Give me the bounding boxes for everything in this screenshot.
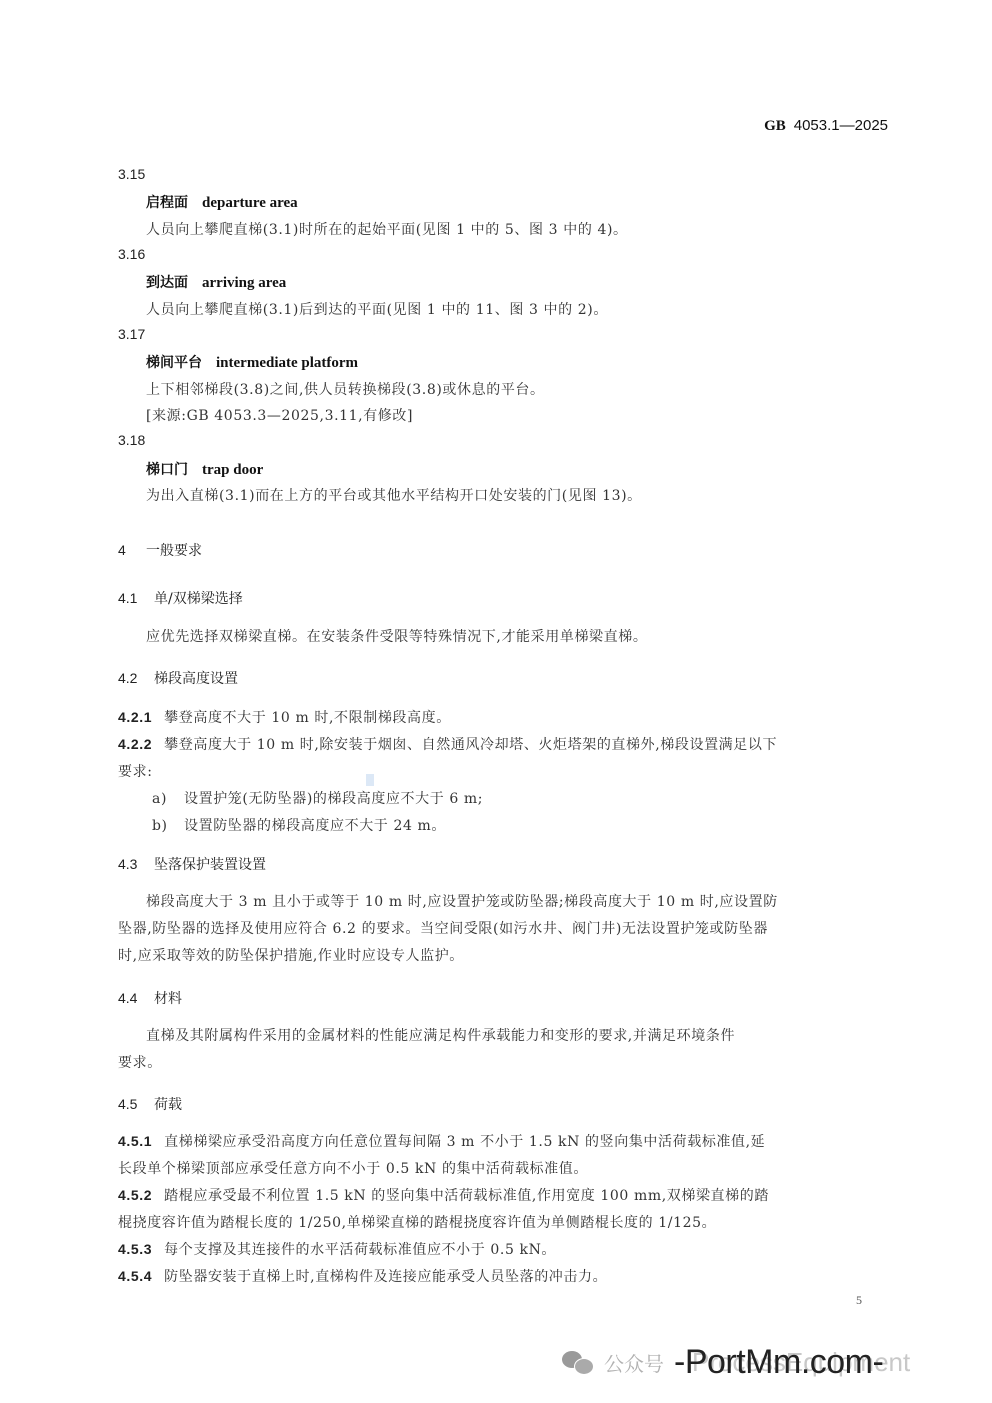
section-title: 一般要求	[146, 543, 202, 559]
term-number: 3.17	[118, 326, 145, 342]
clause-text: 直梯梯梁应承受沿高度方向任意位置每间隔 3 m 不小于 1.5 kN 的竖向集中…	[164, 1134, 765, 1150]
list-item: a)设置护笼(无防坠器)的梯段高度应不大于 6 m;	[152, 788, 483, 808]
subsection-title: 材料	[154, 991, 182, 1007]
clause: 4.5.4防坠器安装于直梯上时,直梯构件及连接应能承受人员坠落的冲击力。	[118, 1266, 607, 1286]
clause-text: 攀登高度大于 10 m 时,除安装于烟囱、自然通风冷却塔、火炬塔架的直梯外,梯段…	[164, 737, 777, 753]
term-number: 3.18	[118, 432, 145, 448]
subsection-title: 荷载	[154, 1097, 182, 1113]
term-en: departure area	[202, 195, 298, 211]
term-zh: 梯口门	[146, 462, 188, 478]
paragraph: 应优先选择双梯梁直梯。在安装条件受限等特殊情况下,才能采用单梯梁直梯。	[146, 626, 647, 646]
term-number: 3.15	[118, 166, 145, 182]
clause-continuation: 要求:	[118, 761, 153, 781]
term-en: intermediate platform	[216, 355, 358, 371]
clause-continuation: 长段单个梯梁顶部应承受任意方向不小于 0.5 kN 的集中活荷载标准值。	[118, 1158, 588, 1178]
term-heading: 到达面arriving area	[146, 272, 286, 292]
clause-number: 4.5.1	[118, 1133, 152, 1149]
subsection-number: 4.2	[118, 670, 154, 686]
subsection-heading: 4.4材料	[118, 988, 182, 1008]
paragraph-line: 直梯及其附属构件采用的金属材料的性能应满足构件承载能力和变形的要求,并满足环境条…	[146, 1025, 735, 1045]
clause: 4.2.1攀登高度不大于 10 m 时,不限制梯段高度。	[118, 707, 451, 727]
term-source: [来源:GB 4053.3—2025,3.11,有修改]	[146, 405, 413, 425]
term-en: trap door	[202, 462, 263, 478]
clause: 4.2.2攀登高度大于 10 m 时,除安装于烟囱、自然通风冷却塔、火炬塔架的直…	[118, 734, 777, 754]
subsection-number: 4.1	[118, 590, 154, 606]
clause-number: 4.5.2	[118, 1187, 152, 1203]
subsection-number: 4.4	[118, 990, 154, 1006]
term-zh: 到达面	[146, 275, 188, 291]
clause-continuation: 棍挠度容许值为踏棍长度的 1/250,单梯梁直梯的踏棍挠度容许值为单侧踏棍长度的…	[118, 1212, 716, 1232]
term-number: 3.16	[118, 246, 145, 262]
list-text: 设置护笼(无防坠器)的梯段高度应不大于 6 m;	[184, 791, 483, 807]
clause-text: 攀登高度不大于 10 m 时,不限制梯段高度。	[164, 710, 451, 726]
page-number: 5	[856, 1293, 862, 1308]
term-zh: 梯间平台	[146, 355, 202, 371]
term-heading: 梯口门trap door	[146, 459, 263, 479]
subsection-title: 坠落保护装置设置	[154, 857, 266, 873]
clause-number: 4.2.1	[118, 709, 152, 725]
clause: 4.5.3每个支撑及其连接件的水平活荷载标准值应不小于 0.5 kN。	[118, 1239, 556, 1259]
term-heading: 梯间平台intermediate platform	[146, 352, 358, 372]
term-heading: 启程面departure area	[146, 192, 298, 212]
term-definition: 人员向上攀爬直梯(3.1)时所在的起始平面(见图 1 中的 5、图 3 中的 4…	[146, 219, 628, 239]
term-en: arriving area	[202, 275, 286, 291]
paragraph-line: 梯段高度大于 3 m 且小于或等于 10 m 时,应设置护笼或防坠器;梯段高度大…	[146, 891, 778, 911]
section-heading: 4一般要求	[118, 540, 202, 560]
paragraph-line: 时,应采取等效的防坠保护措施,作业时应设专人监护。	[118, 945, 464, 965]
clause-number: 4.5.4	[118, 1268, 152, 1284]
standard-code: GB4053.1—2025	[764, 117, 888, 135]
scan-artifact	[366, 774, 374, 786]
subsection-heading: 4.5荷载	[118, 1094, 182, 1114]
paragraph-line: 坠器,防坠器的选择及使用应符合 6.2 的要求。当空间受限(如污水井、阀门井)无…	[118, 918, 768, 938]
term-zh: 启程面	[146, 195, 188, 211]
subsection-heading: 4.1单/双梯梁选择	[118, 588, 243, 608]
list-marker: b)	[152, 818, 184, 834]
clause: 4.5.1直梯梯梁应承受沿高度方向任意位置每间隔 3 m 不小于 1.5 kN …	[118, 1131, 765, 1151]
clause: 4.5.2踏棍应承受最不利位置 1.5 kN 的竖向集中活荷载标准值,作用宽度 …	[118, 1185, 769, 1205]
subsection-title: 单/双梯梁选择	[154, 591, 243, 607]
subsection-number: 4.3	[118, 856, 154, 872]
term-definition: 人员向上攀爬直梯(3.1)后到达的平面(见图 1 中的 11、图 3 中的 2)…	[146, 299, 608, 319]
term-definition: 为出入直梯(3.1)而在上方的平台或其他水平结构开口处安装的门(见图 13)。	[146, 485, 642, 505]
watermark-label: 公众号	[604, 1348, 664, 1377]
watermark-text-stack: ProcessEquipment -PortMm.com-	[674, 1343, 883, 1382]
subsection-title: 梯段高度设置	[154, 671, 238, 687]
list-item: b)设置防坠器的梯段高度应不大于 24 m。	[152, 815, 446, 835]
subsection-number: 4.5	[118, 1096, 154, 1112]
standard-number: 4053.1—2025	[794, 117, 888, 134]
clause-text: 踏棍应承受最不利位置 1.5 kN 的竖向集中活荷载标准值,作用宽度 100 m…	[164, 1188, 769, 1204]
section-number: 4	[118, 542, 146, 558]
watermark: 公众号 ProcessEquipment -PortMm.com-	[562, 1343, 883, 1382]
clause-number: 4.5.3	[118, 1241, 152, 1257]
list-marker: a)	[152, 791, 184, 807]
subsection-heading: 4.3坠落保护装置设置	[118, 854, 266, 874]
clause-text: 防坠器安装于直梯上时,直梯构件及连接应能承受人员坠落的冲击力。	[164, 1269, 607, 1285]
list-text: 设置防坠器的梯段高度应不大于 24 m。	[184, 818, 446, 834]
watermark-overlay-text: -PortMm.com-	[674, 1343, 883, 1381]
wechat-icon	[562, 1349, 596, 1377]
subsection-heading: 4.2梯段高度设置	[118, 668, 238, 688]
standard-prefix: GB	[764, 118, 786, 134]
paragraph-line: 要求。	[118, 1052, 162, 1072]
clause-text: 每个支撑及其连接件的水平活荷载标准值应不小于 0.5 kN。	[164, 1242, 556, 1258]
document-page: GB4053.1—2025 3.15 启程面departure area 人员向…	[0, 0, 992, 1403]
term-definition: 上下相邻梯段(3.8)之间,供人员转换梯段(3.8)或休息的平台。	[146, 379, 545, 399]
clause-number: 4.2.2	[118, 736, 152, 752]
